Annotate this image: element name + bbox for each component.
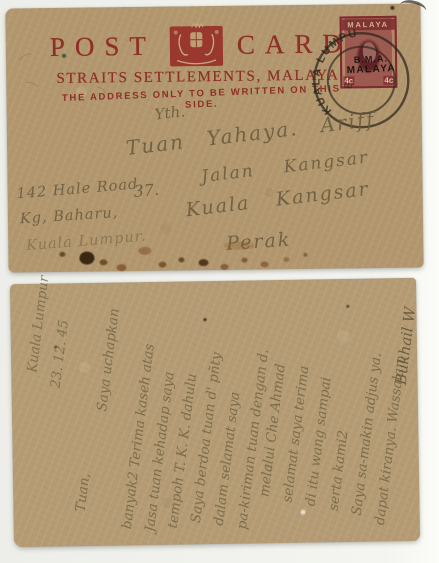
cancel-mark-icon xyxy=(398,0,428,18)
stain-spot xyxy=(346,305,349,308)
stain-spot xyxy=(178,257,184,262)
stain-spot xyxy=(62,54,66,58)
sender-line: Kuala Lumpur. xyxy=(26,228,148,254)
stain-spot xyxy=(283,257,289,262)
stain-spot xyxy=(224,242,254,250)
stain-spot xyxy=(204,318,207,321)
stain-spot xyxy=(59,252,65,257)
postcard-title-row: POST CARD xyxy=(51,18,352,73)
postcard-front: POST CARD STRAITS SETTLEMENTS, MALAYA· T… xyxy=(5,3,423,272)
stain-spot xyxy=(117,264,127,271)
stain-spot xyxy=(241,258,247,263)
stain-spot xyxy=(301,510,306,515)
postmark-code: E xyxy=(343,81,356,90)
stain-spot xyxy=(54,345,57,348)
stain-spot xyxy=(221,264,229,270)
stain-spot xyxy=(138,247,151,255)
stain-spot xyxy=(159,262,167,268)
stain-spot xyxy=(303,253,307,257)
stain-spot xyxy=(198,259,208,266)
message-block: Kuala Lumpur 23. 12. 45 Tuan, Saya uchap… xyxy=(16,285,418,541)
stain-spot xyxy=(261,261,269,267)
stain-spot xyxy=(99,259,107,265)
sender-line: 142 Hale Road, xyxy=(16,176,144,202)
pencil-scribble xyxy=(16,51,38,71)
address-salutation: Yth. xyxy=(154,102,186,123)
stain-spot xyxy=(390,6,394,10)
royal-arms-icon xyxy=(169,20,225,72)
post-title-left: POST xyxy=(50,31,156,63)
sender-line: Kg, Baharu, xyxy=(19,205,118,227)
stain-spot xyxy=(79,251,94,264)
postmark-town: KUALA LUMPUR xyxy=(308,27,361,117)
pencil-scribble xyxy=(21,80,40,96)
postcard-back: Kuala Lumpur 23. 12. 45 Tuan, Saya uchap… xyxy=(10,278,420,547)
